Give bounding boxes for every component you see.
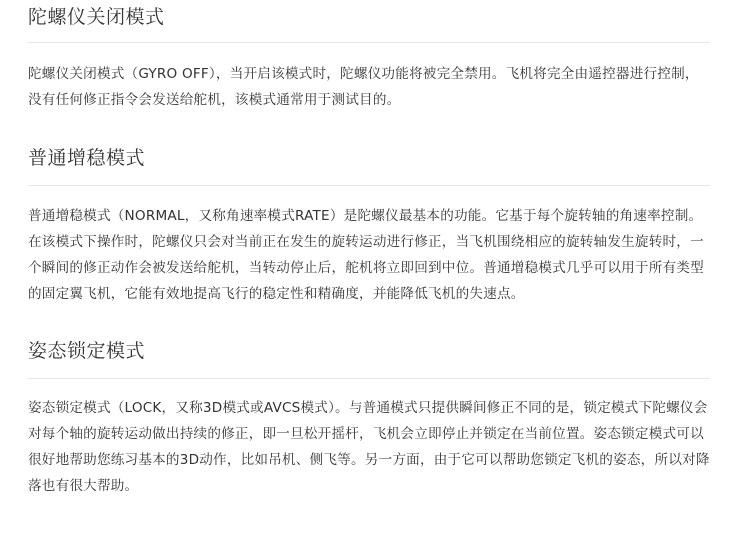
section-divider — [28, 42, 710, 43]
section-title: 陀螺仪关闭模式 — [28, 0, 710, 30]
section-paragraph: 普通增稳模式（NORMAL，又称角速率模式RATE）是陀螺仪最基本的功能。它基于… — [28, 203, 710, 307]
section-normal-mode: 普通增稳模式 普通增稳模式（NORMAL，又称角速率模式RATE）是陀螺仪最基本… — [28, 145, 710, 307]
section-title: 姿态锁定模式 — [28, 338, 710, 364]
section-gyro-off: 陀螺仪关闭模式 陀螺仪关闭模式（GYRO OFF），当开启该模式时，陀螺仪功能将… — [28, 0, 710, 113]
section-lock-mode: 姿态锁定模式 姿态锁定模式（LOCK，又称3D模式或AVCS模式）。与普通模式只… — [28, 338, 710, 499]
section-divider — [28, 378, 710, 379]
article: 陀螺仪关闭模式 陀螺仪关闭模式（GYRO OFF），当开启该模式时，陀螺仪功能将… — [28, 0, 710, 499]
section-divider — [28, 185, 710, 186]
section-paragraph: 姿态锁定模式（LOCK，又称3D模式或AVCS模式）。与普通模式只提供瞬间修正不… — [28, 395, 710, 499]
section-paragraph: 陀螺仪关闭模式（GYRO OFF），当开启该模式时，陀螺仪功能将被完全禁用。飞机… — [28, 61, 710, 113]
section-title: 普通增稳模式 — [28, 145, 710, 171]
